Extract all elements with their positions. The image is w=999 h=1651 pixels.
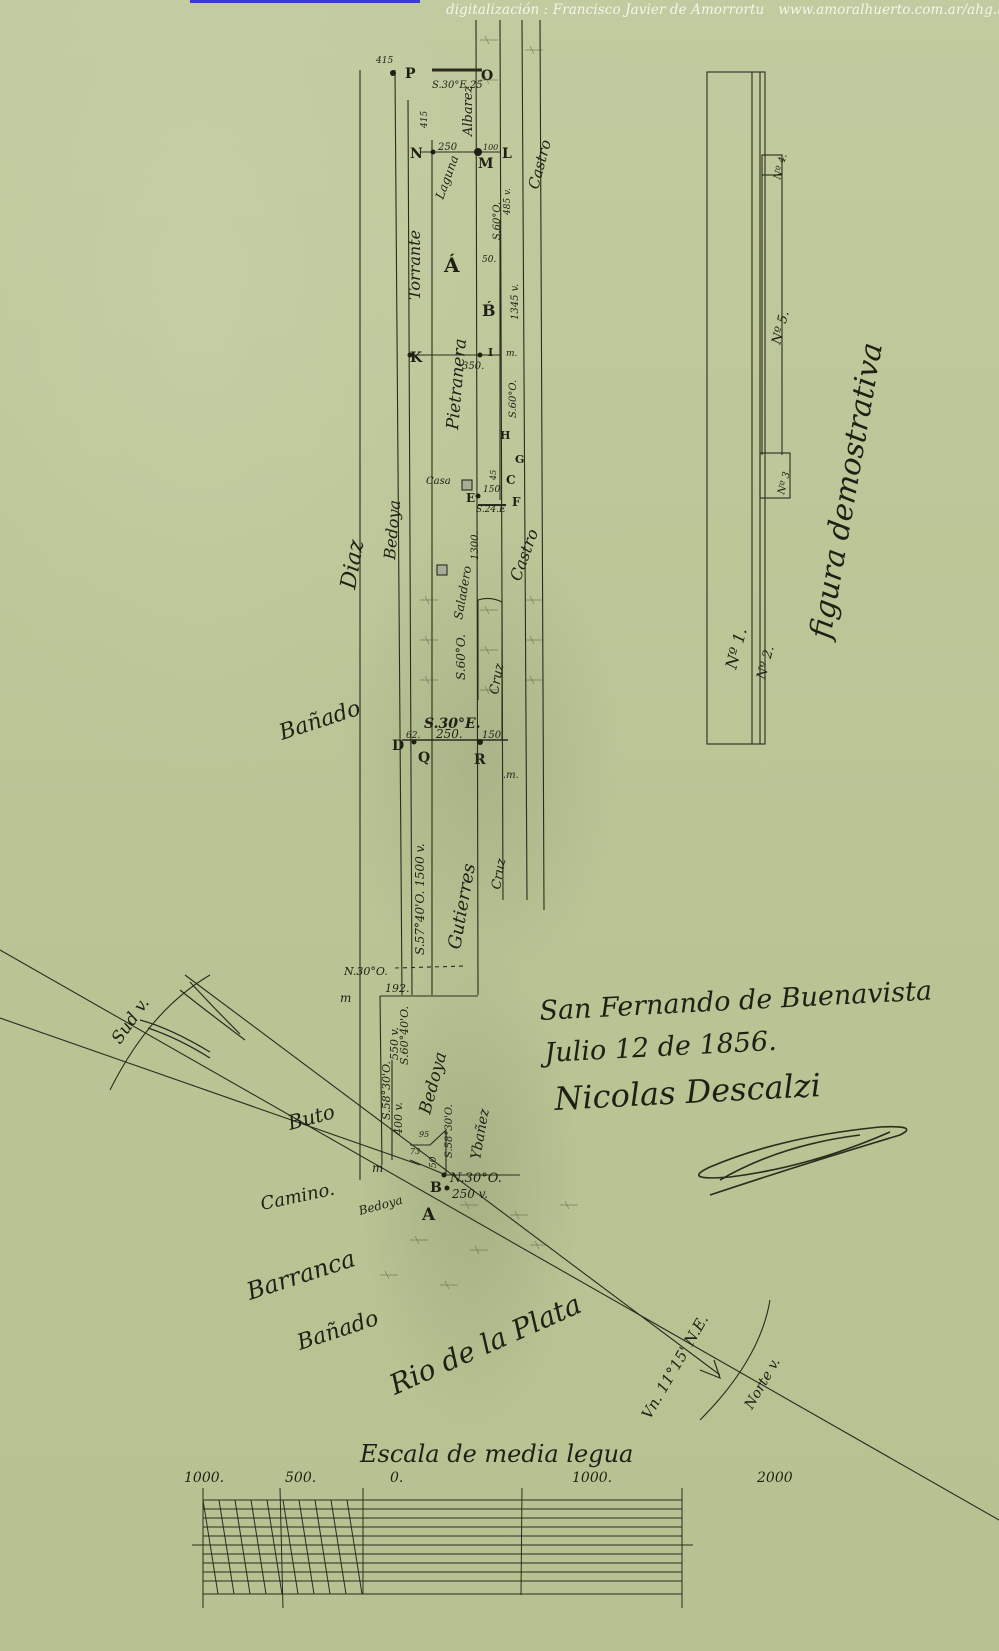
point-q: Q xyxy=(418,750,430,766)
dist-250v: 250 v. xyxy=(451,1187,488,1201)
dist-1345: 1345 v. xyxy=(510,284,521,320)
dist-485: 485 v. xyxy=(503,188,513,216)
label-rio-de-la-plata: Rio de la Plata xyxy=(384,1287,587,1401)
point-k: K xyxy=(410,350,423,366)
owner-buto: Buto xyxy=(284,1099,337,1135)
owner-cruz-2: Cruz xyxy=(489,857,509,891)
demonstrative-figure: Nº 1. Nº 2. Nº 3. Nº 4. Nº 5. figura dem… xyxy=(707,72,890,744)
dist-p: 415 xyxy=(375,56,393,66)
scale-tick-2000: 2000 xyxy=(756,1470,793,1486)
dist-o-l: 415 xyxy=(420,111,430,129)
point-f: F xyxy=(512,495,521,509)
parcel-a-prime: Á xyxy=(443,253,460,277)
mark-m-2: .m. xyxy=(503,770,519,781)
scale-tick-1000-right: 1000. xyxy=(572,1470,612,1486)
dist-e-f: 150 xyxy=(483,485,500,495)
owner-diaz: Diaz xyxy=(336,538,369,592)
label-sud: Sud v. xyxy=(108,994,154,1048)
owner-bedoya: Bedoya xyxy=(380,499,404,561)
dist-192: 192. xyxy=(385,982,410,995)
label-n2: Nº 2. xyxy=(754,644,778,682)
point-h: H xyxy=(500,429,510,442)
label-n1: Nº 1. xyxy=(721,626,750,672)
bearing-n30o-b: N.30°O. xyxy=(449,1171,502,1186)
scale-tick-0: 0. xyxy=(390,1470,403,1486)
point-d: D xyxy=(392,738,404,754)
bearing-s60-mid: S.60°O. xyxy=(508,380,519,418)
point-b: B xyxy=(430,1180,442,1196)
bearing-s57: S.57°40'O. 1500 v. xyxy=(413,843,427,955)
mark-m-3: m xyxy=(340,991,351,1005)
label-barranca: Barranca xyxy=(242,1244,359,1306)
mark-m-4: m xyxy=(372,1161,383,1175)
owner-castro-2: Castro xyxy=(506,526,542,583)
marsh-symbols xyxy=(380,36,578,1289)
scale-tick-1000-left: 1000. xyxy=(184,1470,224,1486)
label-n3: Nº 3. xyxy=(776,468,794,497)
owner-ibanez: Ybañez xyxy=(468,1107,493,1161)
scale-title: Escala de media legua xyxy=(359,1440,633,1468)
point-e: E xyxy=(466,491,475,505)
bearing-s58b: S.58°30'O. xyxy=(444,1104,455,1158)
owner-cruz: Cruz xyxy=(487,662,507,696)
owner-torrante: Torrante xyxy=(405,230,424,300)
scale-bar: Escala de media legua 1000. 500. 0. 1000… xyxy=(184,1440,793,1608)
label-banado-bottom: Bañado xyxy=(293,1306,381,1356)
point-g: G xyxy=(515,453,524,466)
label-banado-top: Bañado xyxy=(275,696,363,746)
scale-tick-500: 500. xyxy=(285,1470,316,1486)
owner-saladero: Saladero xyxy=(451,565,474,621)
dist-400: 400 v. xyxy=(392,1102,405,1136)
bearing-e: S.24.E xyxy=(476,505,506,515)
bearing-n30o: N.30°O. xyxy=(343,965,388,978)
label-variacion: Vn. 11°15' N.E. xyxy=(638,1311,712,1422)
owner-gutierres: Gutierres xyxy=(444,862,480,951)
owner-laguna: Laguna xyxy=(432,154,461,202)
dist-n-m: 250 xyxy=(437,142,458,153)
point-o: O xyxy=(481,68,493,84)
mark-m-1: m. xyxy=(506,349,518,359)
dist-50: 50. xyxy=(482,255,496,265)
owner-bedoya-3: Bedoya xyxy=(356,1193,404,1218)
dist-550: 550 v. xyxy=(388,1027,401,1060)
dist-q-r: 250. xyxy=(435,727,463,741)
point-l: L xyxy=(502,146,512,162)
signature-block: San Fernando de Buenavista Julio 12 de 1… xyxy=(539,975,933,1195)
label-n5: Nº 5. xyxy=(769,309,793,347)
dist-45: 45 xyxy=(489,470,498,481)
point-m: M xyxy=(478,156,494,172)
point-c: C xyxy=(506,473,516,487)
owner-albarez: Albarez xyxy=(461,85,476,137)
point-n: N xyxy=(410,146,423,162)
signature-place: San Fernando de Buenavista xyxy=(539,975,933,1027)
dist-m-l: 100 xyxy=(483,143,498,152)
signature-name: Nicolas Descalzi xyxy=(552,1066,821,1118)
label-figura-demostrativa: figura demostrativa xyxy=(803,340,890,643)
dist-73: 73 xyxy=(410,1147,420,1156)
signature-flourish-icon xyxy=(699,1127,907,1195)
label-casa: Casa xyxy=(426,476,451,487)
point-a: A xyxy=(421,1205,436,1225)
label-n4: Nº 4. xyxy=(772,153,790,182)
label-camino: Camino. xyxy=(259,1179,337,1215)
signature-date: Julio 12 de 1856. xyxy=(539,1026,778,1069)
dist-r: 150 xyxy=(482,730,502,741)
point-i: I xyxy=(488,346,493,359)
property-boundaries xyxy=(0,20,999,1520)
bearing-s60-top: S.60°O. xyxy=(492,202,503,240)
dist-95: 95 xyxy=(419,1130,429,1139)
parcel-b-prime: B́ xyxy=(482,301,496,320)
dist-62: 62. xyxy=(406,731,420,741)
point-r: R xyxy=(474,752,486,768)
owner-castro: Castro xyxy=(524,138,554,191)
bearing-s60-low: S.60°O. xyxy=(454,634,468,680)
dist-50b: 50 xyxy=(429,1156,439,1168)
survey-map: P O N M L K I H G C F E D Q R B A Á B́ S… xyxy=(0,0,999,1651)
owner-pietranera: Pietranera xyxy=(443,338,471,432)
point-p: P xyxy=(405,66,416,82)
label-norte: Norte v. xyxy=(741,1355,784,1413)
dist-1300: 1300. xyxy=(470,531,481,560)
